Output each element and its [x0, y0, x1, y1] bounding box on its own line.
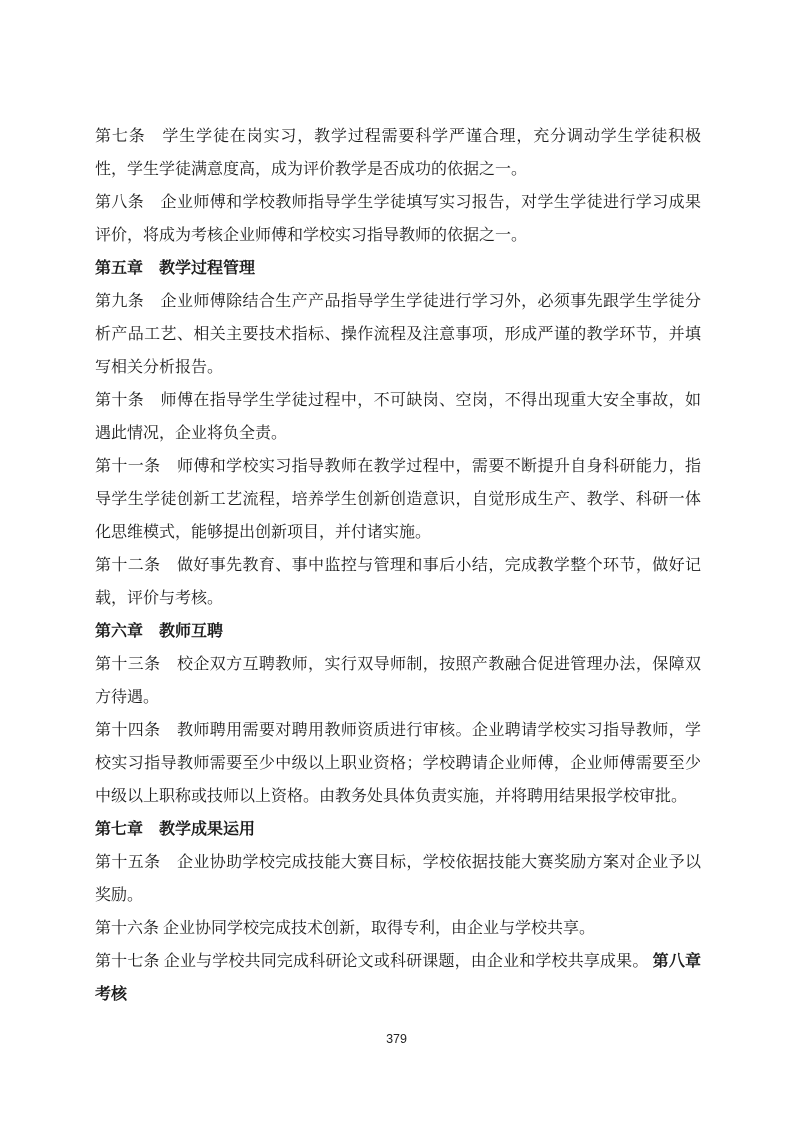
chapter-heading: 第七章 教学成果运用	[95, 813, 701, 846]
article-paragraph: 第七条 学生学徒在岗实习，教学过程需要科学严谨合理，充分调动学生学徒积极性，学生…	[95, 120, 701, 186]
bold-text-run: 第八章	[653, 953, 701, 970]
document-body: 第七条 学生学徒在岗实习，教学过程需要科学严谨合理，充分调动学生学徒积极性，学生…	[95, 120, 701, 1011]
text-run: 第十七条 企业与学校共同完成科研论文或科研课题，由企业和学校共享成果。	[95, 953, 653, 970]
article-paragraph: 第十六条 企业协同学校完成技术创新，取得专利，由企业与学校共享。	[95, 912, 701, 945]
text-run: 第七条 学生学徒在岗实习，教学过程需要科学严谨合理，充分调动学生学徒积极性，学生…	[95, 128, 701, 178]
article-paragraph: 第八条 企业师傅和学校教师指导学生学徒填写实习报告，对学生学徒进行学习成果评价，…	[95, 186, 701, 252]
article-paragraph: 第九条 企业师傅除结合生产产品指导学生学徒进行学习外，必须事先跟学生学徒分析产品…	[95, 285, 701, 384]
bold-text-run: 第六章 教师互聘	[95, 623, 223, 640]
text-run: 第九条 企业师傅除结合生产产品指导学生学徒进行学习外，必须事先跟学生学徒分析产品…	[95, 293, 701, 376]
text-run: 第十三条 校企双方互聘教师，实行双导师制，按照产教融合促进管理办法，保障双方待遇…	[95, 656, 701, 706]
text-run: 第十四条 教师聘用需要对聘用教师资质进行审核。企业聘请学校实习指导教师，学校实习…	[95, 722, 701, 805]
article-paragraph: 第十一条 师傅和学校实习指导教师在教学过程中，需要不断提升自身科研能力，指导学生…	[95, 450, 701, 549]
article-paragraph: 第十三条 校企双方互聘教师，实行双导师制，按照产教融合促进管理办法，保障双方待遇…	[95, 648, 701, 714]
article-paragraph: 第十四条 教师聘用需要对聘用教师资质进行审核。企业聘请学校实习指导教师，学校实习…	[95, 714, 701, 813]
chapter-heading: 第六章 教师互聘	[95, 615, 701, 648]
document-page: 第七条 学生学徒在岗实习，教学过程需要科学严谨合理，充分调动学生学徒积极性，学生…	[0, 0, 793, 1122]
article-paragraph: 第十条 师傅在指导学生学徒过程中，不可缺岗、空岗，不得出现重大安全事故，如遇此情…	[95, 384, 701, 450]
text-run: 第十六条 企业协同学校完成技术创新，取得专利，由企业与学校共享。	[95, 920, 595, 937]
article-paragraph: 第十七条 企业与学校共同完成科研论文或科研课题，由企业和学校共享成果。 第八章 …	[95, 945, 701, 1011]
text-run: 第十五条 企业协助学校完成技能大赛目标，学校依据技能大赛奖励方案对企业予以奖励。	[95, 854, 701, 904]
text-run: 第十一条 师傅和学校实习指导教师在教学过程中，需要不断提升自身科研能力，指导学生…	[95, 458, 701, 541]
text-run: 第十条 师傅在指导学生学徒过程中，不可缺岗、空岗，不得出现重大安全事故，如遇此情…	[95, 392, 701, 442]
text-run: 第八条 企业师傅和学校教师指导学生学徒填写实习报告，对学生学徒进行学习成果评价，…	[95, 194, 701, 244]
bold-text-run: 第五章 教学过程管理	[95, 260, 255, 277]
bold-text-run: 考核	[95, 986, 127, 1003]
chapter-heading: 第五章 教学过程管理	[95, 252, 701, 285]
article-paragraph: 第十二条 做好事先教育、事中监控与管理和事后小结，完成教学整个环节，做好记载，评…	[95, 549, 701, 615]
page-number: 379	[0, 1032, 793, 1046]
text-run: 第十二条 做好事先教育、事中监控与管理和事后小结，完成教学整个环节，做好记载，评…	[95, 557, 701, 607]
bold-text-run: 第七章 教学成果运用	[95, 821, 255, 838]
article-paragraph: 第十五条 企业协助学校完成技能大赛目标，学校依据技能大赛奖励方案对企业予以奖励。	[95, 846, 701, 912]
